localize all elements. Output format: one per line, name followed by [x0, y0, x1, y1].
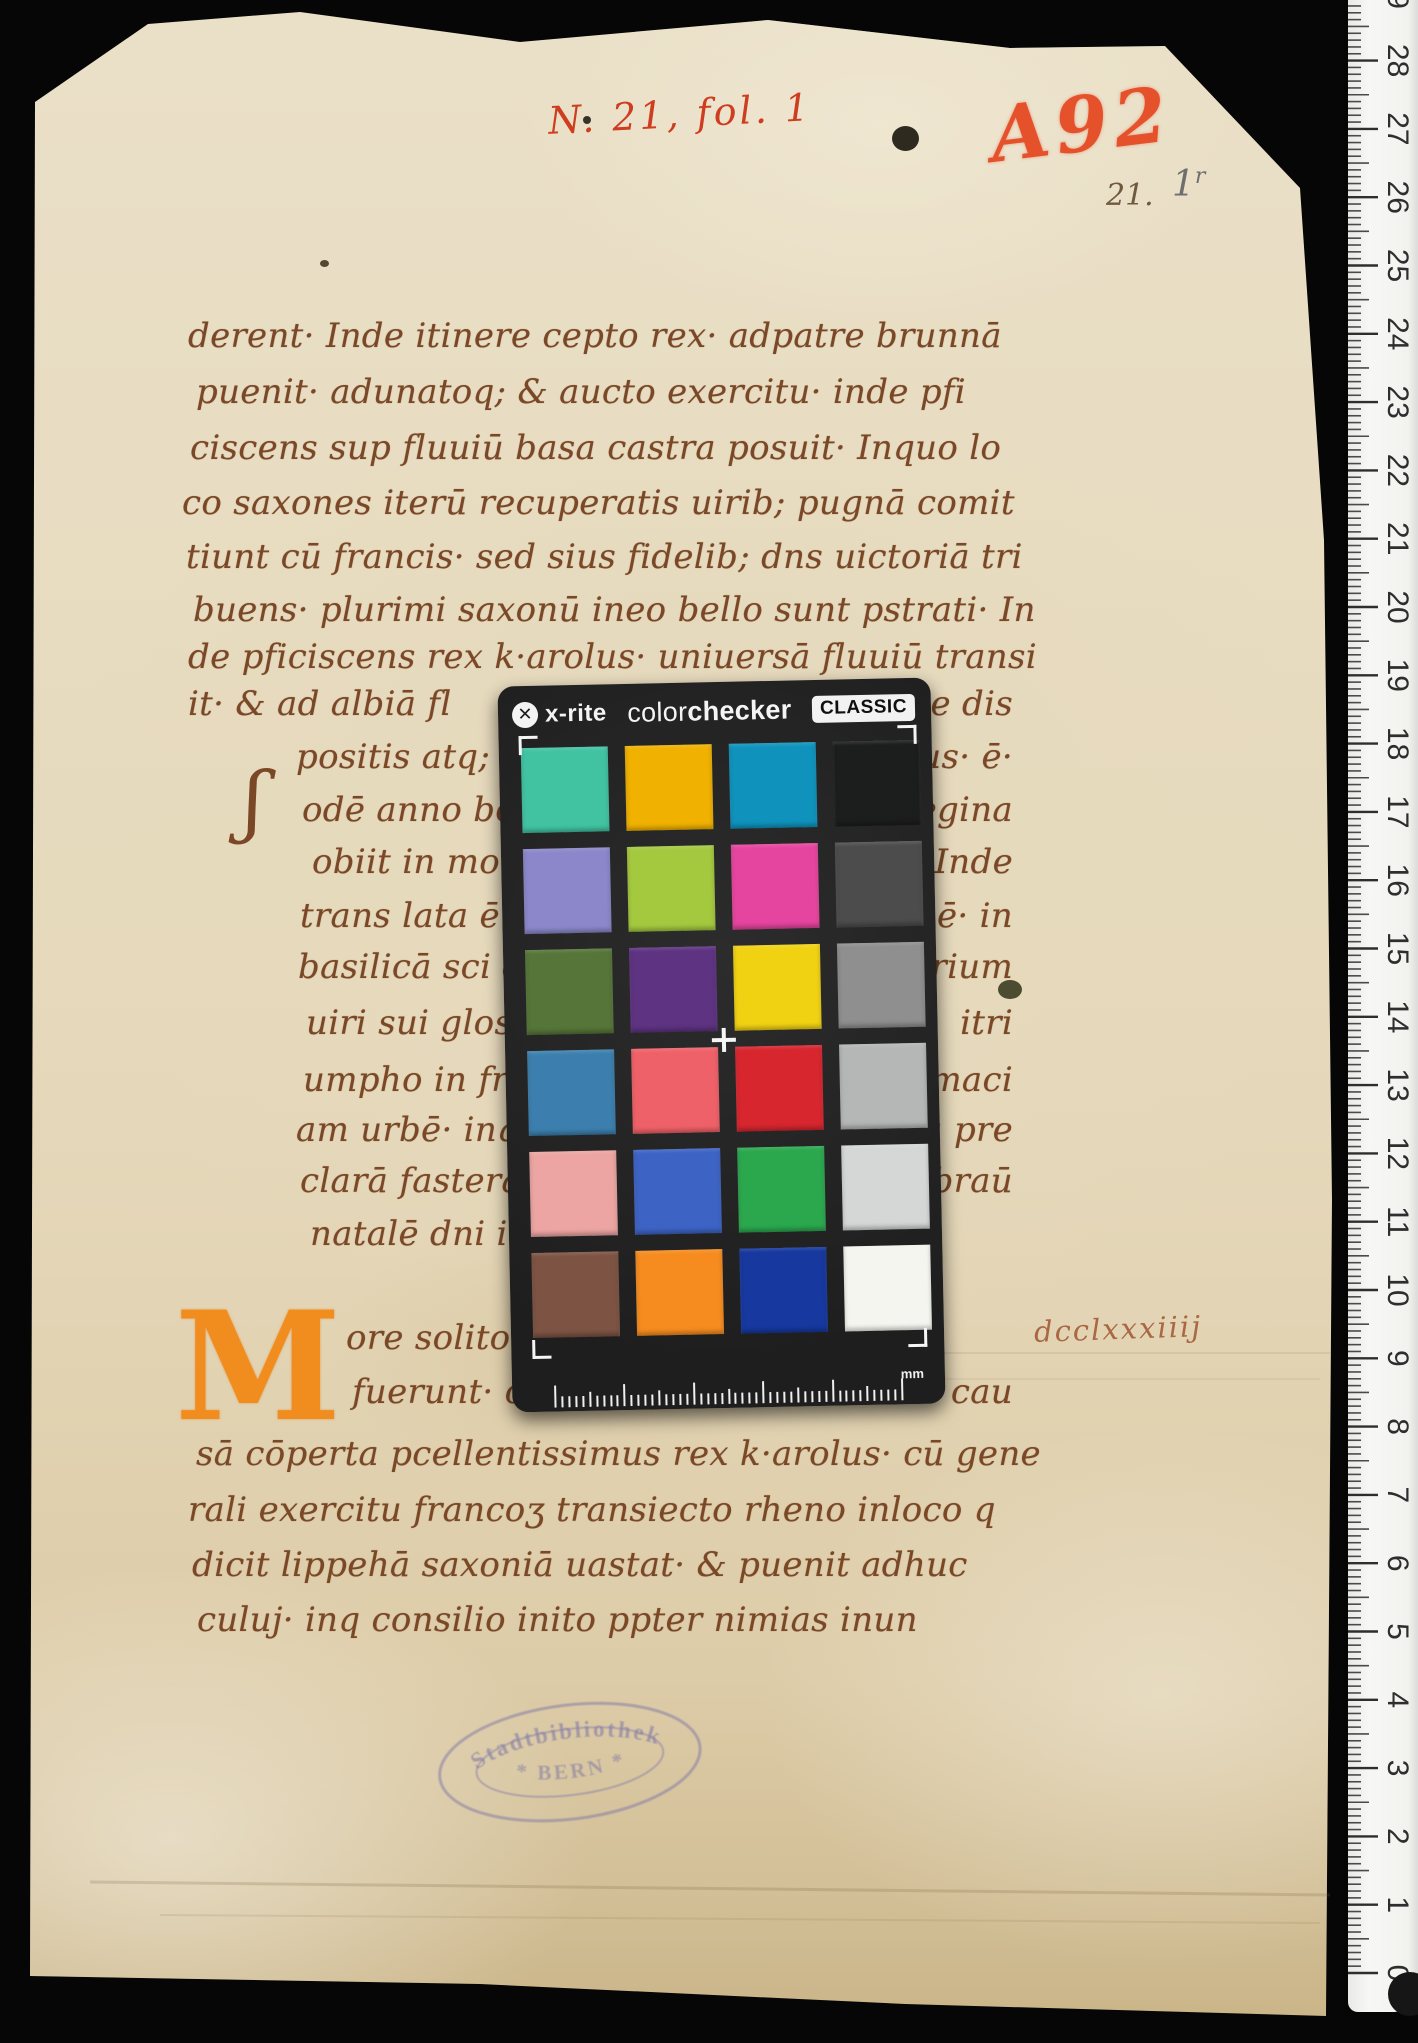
ruler-number: 16 — [1381, 864, 1414, 897]
pencil-folio-sup: r — [1195, 164, 1206, 189]
ruler-number: 8 — [1381, 1418, 1414, 1435]
ruler-number: 21 — [1381, 522, 1414, 555]
scale-tick — [554, 1386, 556, 1408]
manuscript-line-right: ē· in — [937, 896, 1013, 936]
color-patch-cyan — [729, 742, 818, 829]
ruler-number: 3 — [1381, 1760, 1414, 1777]
scale-tick — [610, 1395, 612, 1406]
scale-tick — [797, 1387, 799, 1402]
scale-tick — [762, 1381, 764, 1403]
scale-tick — [623, 1384, 625, 1406]
manuscript-line: puenit· adunatoq; & aucto exercitu· inde… — [196, 372, 966, 412]
ruler-number: 4 — [1381, 1691, 1414, 1708]
scale-tick — [721, 1393, 723, 1404]
scale-tick — [825, 1391, 827, 1402]
scale-tick — [769, 1392, 771, 1403]
color-patch-magenta — [731, 843, 820, 930]
scale-tick — [714, 1393, 716, 1404]
ruler-number: 19 — [1381, 659, 1414, 692]
scale-tick — [596, 1396, 598, 1407]
color-patch-neutral-8 — [841, 1144, 930, 1231]
registration-bracket-icon — [532, 1340, 551, 1359]
brand-name: x-rite — [545, 699, 607, 728]
scale-tick — [832, 1380, 834, 1402]
registration-bracket-icon — [518, 736, 537, 755]
manuscript-line: culuj· inq consilio inito ppter nimias i… — [197, 1600, 918, 1640]
scale-tick — [561, 1396, 563, 1407]
scale-tick — [679, 1394, 681, 1405]
color-patch-purplish-blue — [633, 1148, 722, 1235]
color-patch-orange — [635, 1249, 724, 1336]
scale-tick — [742, 1393, 744, 1404]
registration-bracket-icon — [908, 1328, 927, 1347]
product-name-light: color — [627, 696, 688, 727]
product-name-bold: checker — [687, 694, 792, 726]
svg-text:* BERN *: * BERN * — [512, 1745, 630, 1790]
color-patch-yellow-green — [627, 845, 716, 932]
digitization-photo: derent· Inde itinere cepto rex· adpatre … — [0, 0, 1418, 2043]
ruler-number: 29 — [1381, 0, 1414, 9]
ruler-number: 6 — [1381, 1555, 1414, 1572]
initial-letter-M: M — [175, 1292, 341, 1442]
scale-tick — [707, 1393, 709, 1404]
scale-tick — [790, 1392, 792, 1403]
scale-tick — [658, 1390, 660, 1405]
scale-tick — [589, 1392, 591, 1407]
manuscript-line: buens· plurimi saxonū ineo bello sunt ps… — [193, 590, 1036, 630]
mm-label: mm — [901, 1366, 924, 1381]
color-patch-light-skin — [529, 1150, 618, 1237]
scale-tick — [866, 1386, 868, 1401]
color-patch-foliage — [525, 948, 614, 1035]
ruler-number: 24 — [1381, 317, 1414, 350]
manuscript-line: derent· Inde itinere cepto rex· adpatre … — [188, 316, 1002, 356]
color-patch-green — [737, 1146, 826, 1233]
scale-tick — [700, 1393, 702, 1404]
ruler-number: 7 — [1381, 1487, 1414, 1504]
manuscript-line: co saxones iterū recuperatis uirib; pugn… — [182, 483, 1015, 523]
measuring-ruler: 0123456789101112131415161718192021222324… — [1348, 0, 1418, 2012]
scale-tick — [735, 1393, 737, 1404]
manuscript-line-right: Inde — [935, 842, 1013, 882]
margin-paragraph-mark: ʃ — [243, 762, 264, 840]
scale-tick — [873, 1390, 875, 1401]
ruler-number: 26 — [1381, 181, 1414, 214]
color-patch-black — [833, 740, 922, 827]
manuscript-line-right: itri — [960, 1003, 1013, 1043]
color-patch-red — [735, 1045, 824, 1132]
color-patch-blue — [739, 1247, 828, 1334]
ruler-number: 15 — [1381, 932, 1414, 965]
scale-tick — [756, 1392, 758, 1403]
scale-tick — [693, 1383, 695, 1405]
color-patch-yellow — [733, 944, 822, 1031]
stamp-text-bottom: * BERN * — [512, 1745, 630, 1790]
scale-tick — [728, 1389, 730, 1404]
color-patch-purple — [629, 946, 718, 1033]
scale-tick — [603, 1396, 605, 1407]
color-patch-moderate-red — [631, 1047, 720, 1134]
manuscript-line: de pficiscens rex k·arolus· uniuersā flu… — [188, 637, 1037, 677]
manuscript-line-left: it· & ad albiā fl — [188, 684, 452, 724]
color-patch-blue-flower — [523, 847, 612, 934]
scale-tick — [638, 1395, 640, 1406]
registration-bracket-icon — [897, 725, 916, 744]
ruler-number: 17 — [1381, 795, 1414, 828]
scale-tick — [811, 1391, 813, 1402]
ruler-number: 14 — [1381, 1000, 1414, 1033]
scale-tick — [631, 1395, 633, 1406]
scale-tick — [818, 1391, 820, 1402]
scale-tick — [887, 1390, 889, 1401]
scale-tick — [582, 1396, 584, 1407]
ink-spot — [320, 260, 329, 267]
scale-tick — [880, 1390, 882, 1401]
edition-badge: CLASSIC — [812, 693, 915, 722]
ruler-number: 23 — [1381, 385, 1414, 418]
ruler-number: 20 — [1381, 590, 1414, 623]
pencil-folio-number: 1 — [1172, 164, 1195, 205]
annotation-pencil-number: 21. — [1106, 178, 1154, 213]
color-patch-dark-skin — [531, 1251, 620, 1338]
ruler-number: 25 — [1381, 249, 1414, 282]
ruler-number: 1 — [1381, 1896, 1414, 1913]
color-patch-neutral-6-5 — [839, 1043, 928, 1130]
ruler-number: 13 — [1381, 1068, 1414, 1101]
ink-spot — [892, 126, 919, 151]
scale-tick — [783, 1392, 785, 1403]
annotation-pencil-folio: 1r — [1172, 164, 1205, 205]
manuscript-line: dicit lippehā saxoniā uastat· & puenit a… — [192, 1545, 968, 1585]
scale-tick — [645, 1395, 647, 1406]
color-patch-bluish-green — [521, 746, 610, 833]
product-name: colorchecker — [606, 694, 812, 729]
ruler-number: 11 — [1381, 1206, 1414, 1237]
scale-tick — [617, 1395, 619, 1406]
ruler-number: 22 — [1381, 454, 1414, 487]
manuscript-line: rali exercitu francoʒ transiecto rheno i… — [188, 1490, 996, 1530]
ruler-number: 27 — [1381, 112, 1414, 145]
manuscript-line-right: rium — [931, 947, 1013, 987]
ruler-number: 18 — [1381, 727, 1414, 760]
annotation-year-margin: dcclxxxiiij — [1033, 1309, 1202, 1349]
scale-tick — [568, 1396, 570, 1407]
scale-tick — [894, 1389, 896, 1400]
colorchecker-header: ✕ x-rite colorchecker CLASSIC — [497, 678, 931, 739]
colorchecker-card: ✕ x-rite colorchecker CLASSIC mm — [497, 678, 945, 1413]
scale-tick — [860, 1390, 862, 1401]
manuscript-line: ciscens sup fluuiū basa castra posuit· I… — [190, 428, 1001, 468]
scale-tick — [686, 1394, 688, 1405]
ruler-number: 9 — [1381, 1350, 1414, 1367]
center-cross-icon — [712, 1028, 736, 1052]
scale-tick — [665, 1394, 667, 1405]
scale-tick — [749, 1392, 751, 1403]
scale-tick — [672, 1394, 674, 1405]
ruler-number: 5 — [1381, 1623, 1414, 1640]
color-patch-white — [843, 1245, 932, 1332]
ruler-number: 12 — [1381, 1137, 1414, 1170]
color-patch-blue-sky — [527, 1049, 616, 1136]
xrite-logo-icon: ✕ — [512, 702, 539, 729]
card-mm-scale: mm — [554, 1376, 910, 1409]
ruler-number: 28 — [1381, 44, 1414, 77]
manuscript-line: tiunt cū francis· sed sius fidelib; dns … — [186, 537, 1023, 577]
scale-tick — [776, 1392, 778, 1403]
color-patch-neutral-3-5 — [835, 841, 924, 928]
scale-tick — [575, 1396, 577, 1407]
scale-tick — [846, 1390, 848, 1401]
scale-tick — [853, 1390, 855, 1401]
scale-tick — [804, 1391, 806, 1402]
color-patch-neutral-5 — [837, 942, 926, 1029]
color-patch-orange-yellow — [625, 744, 714, 831]
ruler-number: 2 — [1381, 1828, 1414, 1845]
scale-tick — [651, 1395, 653, 1406]
ruler-number: 10 — [1381, 1273, 1414, 1306]
scale-tick — [839, 1391, 841, 1402]
scale-tick — [901, 1378, 903, 1400]
